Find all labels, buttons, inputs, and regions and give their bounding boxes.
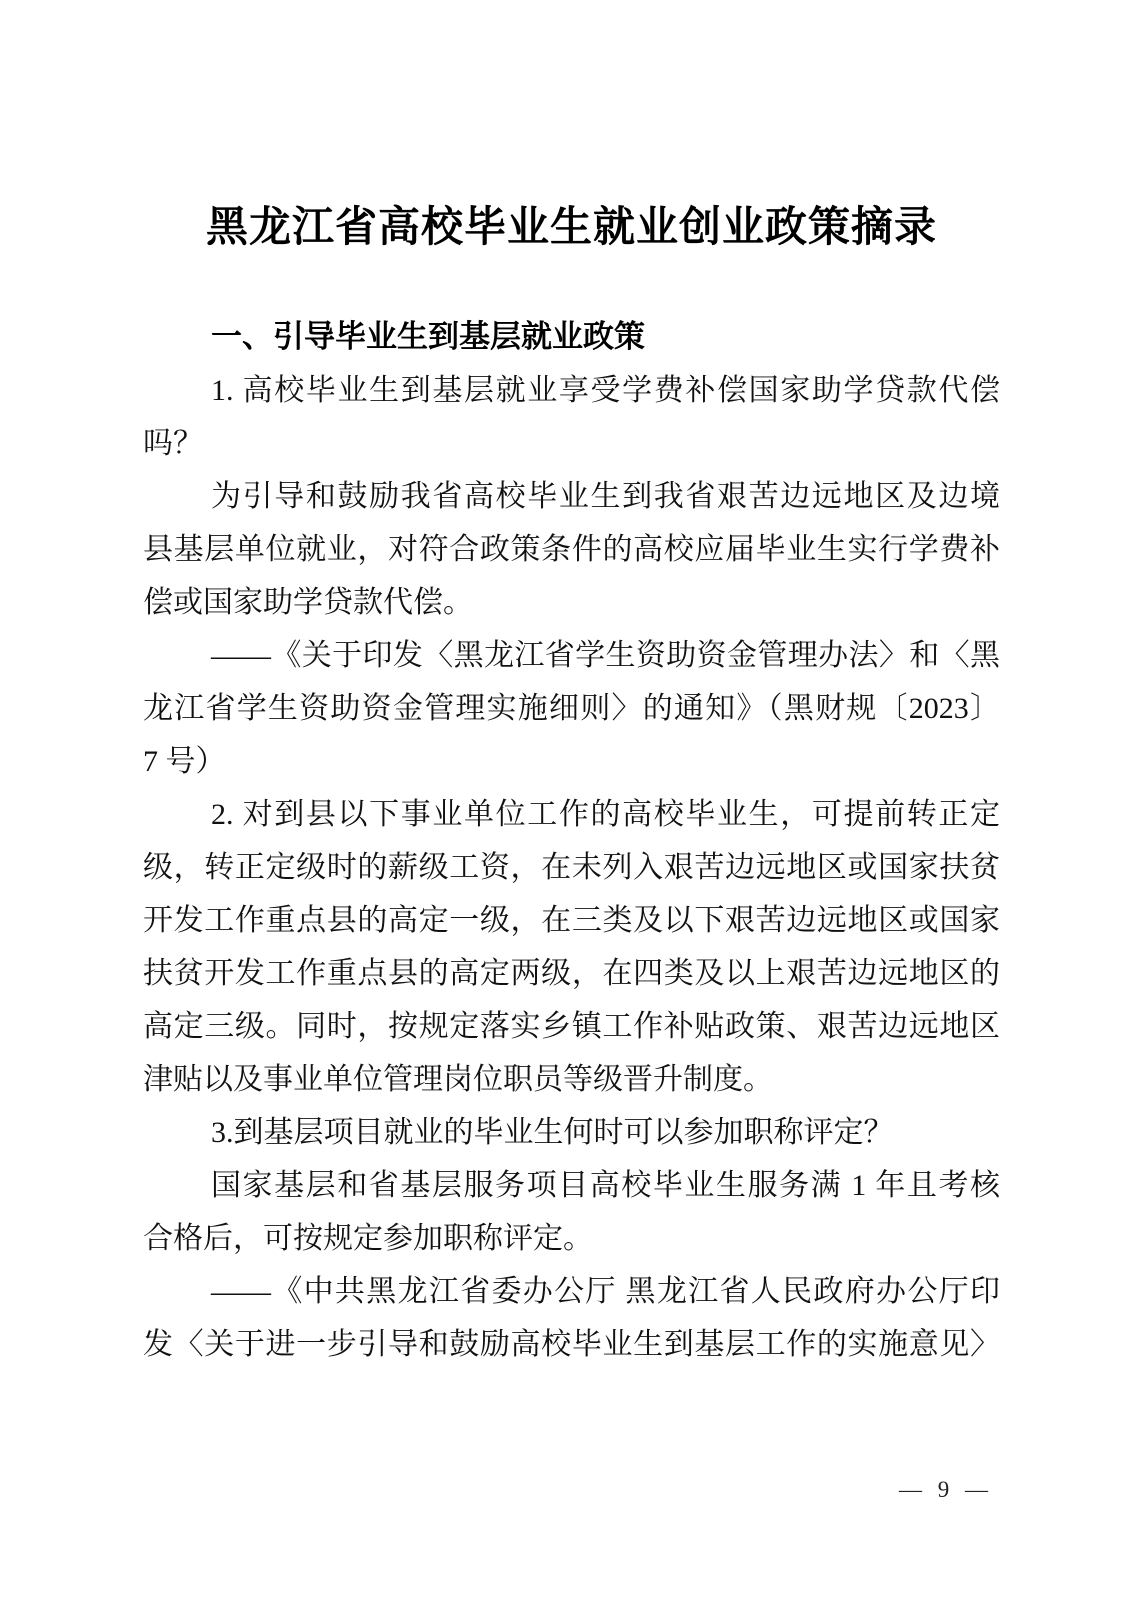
text-line: 县基层单位就业，对符合政策条件的高校应届毕业生实行学费补 [143,523,1000,576]
paragraph: 1. 高校毕业生到基层就业享受学费补偿国家助学贷款代偿 吗？ [143,364,1000,470]
paragraph: 2. 对到县以下事业单位工作的高校毕业生，可提前转正定 级，转正定级时的薪级工资… [143,788,1000,1106]
paragraph: ——《中共黑龙江省委办公厅 黑龙江省人民政府办公厅印 发〈关于进一步引导和鼓励高… [143,1265,1000,1371]
text-line: 高定三级。同时，按规定落实乡镇工作补贴政策、艰苦边远地区 [143,1000,1000,1053]
text-line: ——《关于印发〈黑龙江省学生资助资金管理办法〉和〈黑 [143,629,1000,682]
text-line: 津贴以及事业单位管理岗位职员等级晋升制度。 [143,1053,1000,1106]
paragraph: ——《关于印发〈黑龙江省学生资助资金管理办法〉和〈黑 龙江省学生资助资金管理实施… [143,629,1000,788]
section-heading: 一、引导毕业生到基层就业政策 [143,310,1000,364]
page-number: — 9 — [899,1476,988,1504]
paragraph: 国家基层和省基层服务项目高校毕业生服务满 1 年且考核 合格后，可按规定参加职称… [143,1159,1000,1265]
text-line: 合格后，可按规定参加职称评定。 [143,1212,1000,1265]
text-line: 发〈关于进一步引导和鼓励高校毕业生到基层工作的实施意见〉 [143,1318,1000,1371]
text-line: 2. 对到县以下事业单位工作的高校毕业生，可提前转正定 [143,788,1000,841]
text-line: 为引导和鼓励我省高校毕业生到我省艰苦边远地区及边境 [143,470,1000,523]
text-line: 扶贫开发工作重点县的高定两级，在四类及以上艰苦边远地区的 [143,947,1000,1000]
paragraph: 3.到基层项目就业的毕业生何时可以参加职称评定？ [143,1106,1000,1159]
paragraph: 为引导和鼓励我省高校毕业生到我省艰苦边远地区及边境 县基层单位就业，对符合政策条… [143,470,1000,629]
text-line: 开发工作重点县的高定一级，在三类及以下艰苦边远地区或国家 [143,894,1000,947]
text-line: 1. 高校毕业生到基层就业享受学费补偿国家助学贷款代偿 [143,364,1000,417]
document-body: 1. 高校毕业生到基层就业享受学费补偿国家助学贷款代偿 吗？ 为引导和鼓励我省高… [143,364,1000,1371]
text-line: ——《中共黑龙江省委办公厅 黑龙江省人民政府办公厅印 [143,1265,1000,1318]
text-line: 龙江省学生资助资金管理实施细则〉的通知》（黑财规〔2023〕 [143,682,1000,735]
text-line: 偿或国家助学贷款代偿。 [143,576,1000,629]
document-title: 黑龙江省高校毕业生就业创业政策摘录 [143,199,1000,255]
document-page: 黑龙江省高校毕业生就业创业政策摘录 一、引导毕业生到基层就业政策 1. 高校毕业… [0,0,1131,1600]
text-line: 级，转正定级时的薪级工资，在未列入艰苦边远地区或国家扶贫 [143,841,1000,894]
text-line: 国家基层和省基层服务项目高校毕业生服务满 1 年且考核 [143,1159,1000,1212]
text-line: 3.到基层项目就业的毕业生何时可以参加职称评定？ [143,1106,1000,1159]
text-line: 7 号） [143,735,1000,788]
text-line: 吗？ [143,417,1000,470]
